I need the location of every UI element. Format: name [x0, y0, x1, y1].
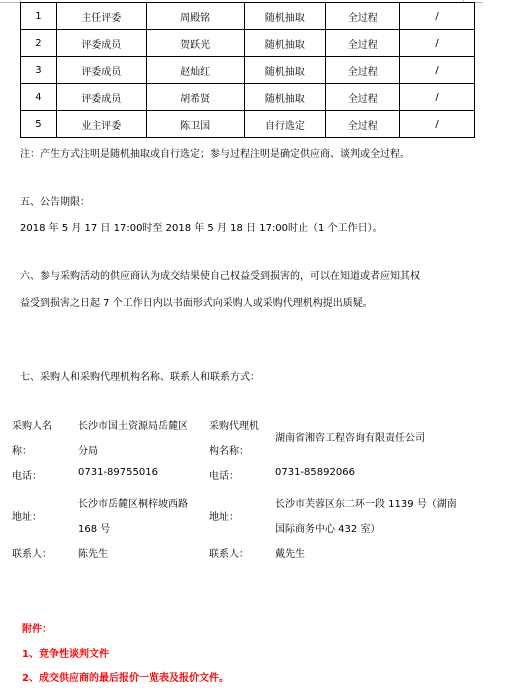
agency-phone-value: 0731-85892066	[275, 467, 355, 478]
section-5-heading: 五、公告期限：	[20, 193, 90, 208]
table-row: 1 主任评委 周殿铭 随机抽取 全过程 /	[21, 3, 475, 30]
agency-contact-value: 戴先生	[275, 545, 305, 560]
remark-cell: /	[400, 84, 475, 111]
purchaser-address-value-2: 168 号	[78, 520, 110, 535]
row-number-cell: 2	[21, 30, 57, 57]
section-6-line-1: 六、参与采购活动的供应商认为成交结果使自己权益受到损害的，可以在知道或者应知其权	[20, 267, 420, 282]
selection-method-cell: 随机抽取	[244, 57, 326, 84]
agency-contact-label: 联系人：	[209, 545, 249, 560]
section-6-line-2: 益受到损害之日起 7 个工作日内以书面形式向采购人或采购代理机构提出质疑。	[20, 294, 373, 309]
purchaser-name-label-2: 称：	[12, 442, 32, 457]
agency-phone-label: 电话：	[209, 467, 239, 482]
remark-cell: /	[400, 111, 475, 138]
selection-method-cell: 随机抽取	[244, 3, 326, 30]
attachment-item-final-quotation[interactable]: 2、成交供应商的最后报价一览表及报价文件。	[22, 669, 229, 684]
agency-address-value-2: 国际商务中心 432 室）	[275, 520, 380, 535]
agency-address-value-1: 长沙市芙蓉区东二环一段 1139 号（湖南	[275, 495, 457, 510]
purchaser-name-label-1: 采购人名	[12, 417, 52, 432]
evaluation-committee-table: 1 主任评委 周殿铭 随机抽取 全过程 / 2 评委成员 贺跃光 随机抽取 全过…	[20, 2, 475, 138]
participation-cell: 全过程	[326, 30, 400, 57]
table-row: 2 评委成员 贺跃光 随机抽取 全过程 /	[21, 30, 475, 57]
participation-cell: 全过程	[326, 3, 400, 30]
table-row: 3 评委成员 赵灿红 随机抽取 全过程 /	[21, 57, 475, 84]
member-name-cell: 周殿铭	[146, 3, 244, 30]
member-name-cell: 陈卫国	[146, 111, 244, 138]
row-number-cell: 1	[21, 3, 57, 30]
section-7-heading: 七、采购人和采购代理机构名称、联系人和联系方式：	[20, 368, 260, 383]
agency-name-value: 湖南省湘咨工程咨询有限责任公司	[275, 429, 425, 444]
selection-method-cell: 随机抽取	[244, 30, 326, 57]
purchaser-name-value-1: 长沙市国土资源局岳麓区	[78, 417, 188, 432]
purchaser-contact-value: 陈先生	[78, 545, 108, 560]
participation-cell: 全过程	[326, 111, 400, 138]
member-name-cell: 胡希贤	[146, 84, 244, 111]
selection-method-cell: 随机抽取	[244, 84, 326, 111]
table-row: 4 评委成员 胡希贤 随机抽取 全过程 /	[21, 84, 475, 111]
crop-mark-left-horizontal	[0, 2, 21, 3]
agency-address-label: 地址：	[209, 508, 239, 523]
remark-cell: /	[400, 57, 475, 84]
announcement-period-text: 2018 年 5 月 17 日 17:00时至 2018 年 5 月 18 日 …	[20, 219, 383, 234]
attachments-heading: 附件：	[22, 620, 52, 635]
member-name-cell: 贺跃光	[146, 30, 244, 57]
participation-cell: 全过程	[326, 84, 400, 111]
selection-method-cell: 自行选定	[244, 111, 326, 138]
table-row: 5 业主评委 陈卫国 自行选定 全过程 /	[21, 111, 475, 138]
purchaser-address-label: 地址：	[12, 508, 42, 523]
purchaser-address-value-1: 长沙市岳麓区桐梓坡西路	[78, 495, 188, 510]
role-cell: 评委成员	[56, 30, 146, 57]
purchaser-phone-value: 0731-89755016	[78, 467, 158, 478]
row-number-cell: 4	[21, 84, 57, 111]
role-cell: 评委成员	[56, 57, 146, 84]
attachment-item-negotiation-document[interactable]: 1、竞争性谈判文件	[22, 645, 109, 660]
remark-cell: /	[400, 3, 475, 30]
purchaser-contact-label: 联系人：	[12, 545, 52, 560]
agency-name-label-2: 构名称：	[209, 442, 249, 457]
row-number-cell: 3	[21, 57, 57, 84]
purchaser-phone-label: 电话：	[12, 467, 42, 482]
role-cell: 主任评委	[56, 3, 146, 30]
role-cell: 业主评委	[56, 111, 146, 138]
row-number-cell: 5	[21, 111, 57, 138]
remark-cell: /	[400, 30, 475, 57]
participation-cell: 全过程	[326, 57, 400, 84]
table-note: 注：产生方式注明是随机抽取或自行选定；参与过程注明是确定供应商、谈判或全过程。	[20, 145, 410, 160]
member-name-cell: 赵灿红	[146, 57, 244, 84]
agency-name-label-1: 采购代理机	[209, 417, 259, 432]
role-cell: 评委成员	[56, 84, 146, 111]
purchaser-name-value-2: 分局	[78, 442, 98, 457]
